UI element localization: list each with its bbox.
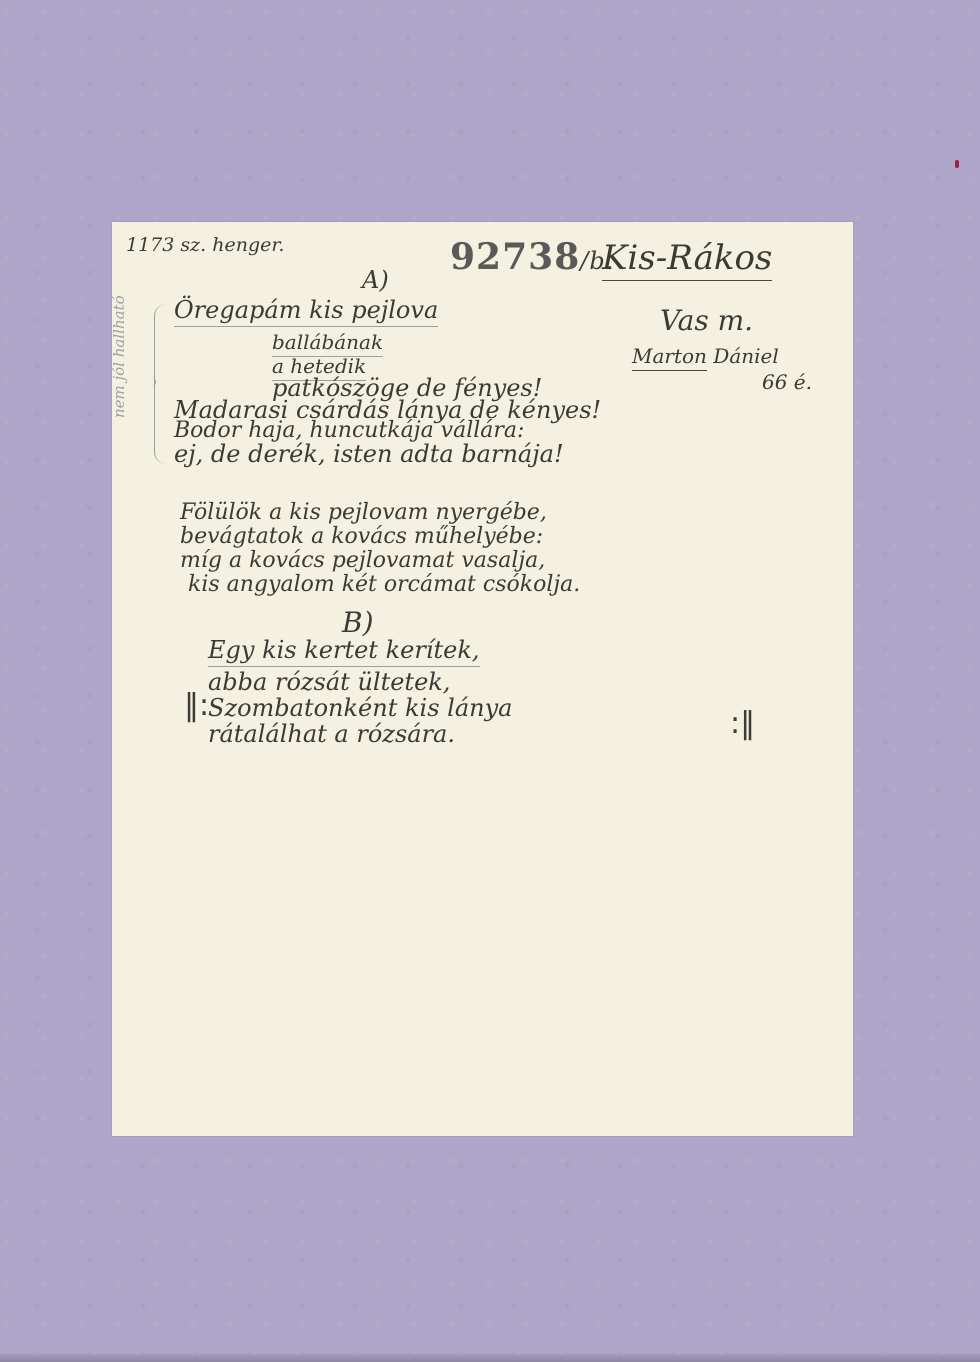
singer: Marton Dániel [632, 344, 779, 368]
pencil-brace [154, 304, 171, 464]
mount-edge [0, 1354, 980, 1362]
catalog-number: 92738 [450, 236, 580, 278]
verse-line: ej, de derék, isten adta barnája! [174, 440, 564, 468]
verse-line: Öregapám kis pejlova [174, 296, 438, 327]
county: Vas m. [660, 304, 753, 337]
verse-line: bevágtatok a kovács műhelyébe: [180, 524, 543, 549]
ink-speck [955, 160, 959, 168]
verse-line: abba rózsát ültetek, [208, 668, 450, 696]
singer-surname: Marton [632, 344, 707, 371]
margin-note: nem jól hallható [110, 295, 128, 418]
singer-age: 66 é. [762, 370, 812, 394]
verse-line: Egy kis kertet kerítek, [208, 636, 480, 667]
verse-line: kis angyalom két orcámat csókolja. [188, 572, 580, 597]
manuscript-page: 1173 sz. henger. 92738/b. Kis-Rákos Vas … [112, 222, 853, 1136]
repeat-start-sign: ‖: [184, 688, 209, 723]
verse-line: míg a kovács pejlovamat vasalja, [180, 548, 545, 573]
place-name: Kis-Rákos [602, 238, 772, 281]
section-a-label: A) [362, 266, 389, 294]
section-b-label: B) [342, 606, 374, 639]
singer-given-name: Dániel [713, 344, 778, 368]
verse-line: rátalálhat a rózsára. [208, 720, 455, 748]
catalog-number-stamp: 92738/b. [450, 236, 614, 278]
cylinder-note: 1173 sz. henger. [126, 234, 284, 256]
verse-line: Szombatonként kis lánya [208, 694, 512, 722]
repeat-end-sign: :‖ [730, 706, 755, 741]
verse-line: Fölülök a kis pejlovam nyergébe, [180, 500, 547, 525]
verse-line: ballábának [272, 330, 383, 357]
